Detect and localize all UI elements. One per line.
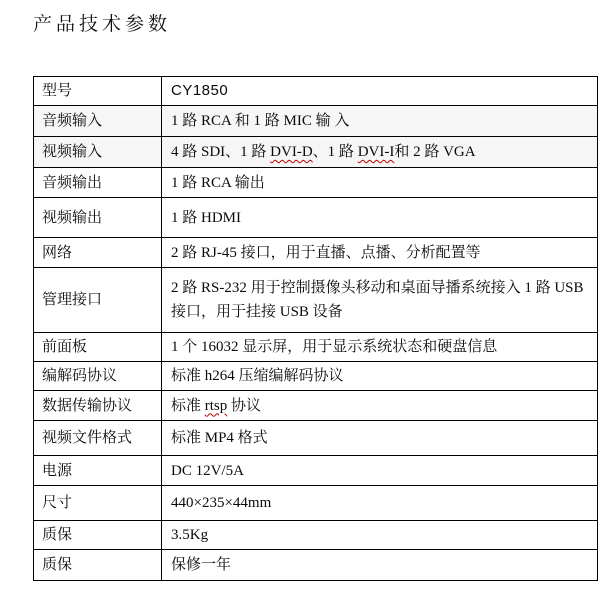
spec-value-cell: 1 路 HDMI <box>162 198 598 238</box>
spec-value-cell: 标准 h264 压缩编解码协议 <box>162 362 598 391</box>
spec-value-text: 和 2 路 VGA <box>394 144 475 160</box>
spec-value-cell: 4 路 SDI、1 路 DVI-D、1 路 DVI-I和 2 路 VGA <box>162 137 598 168</box>
table-row: 管理接口2 路 RS-232 用于控制摄像头移动和桌面导播系统接入 1 路 US… <box>34 268 598 333</box>
spec-value-cell: 3.5Kg <box>162 521 598 550</box>
spec-label-cell: 编解码协议 <box>34 362 162 391</box>
spec-label-cell: 型号 <box>34 77 162 106</box>
table-row: 电源DC 12V/5A <box>34 456 598 486</box>
spec-label-cell: 视频文件格式 <box>34 421 162 456</box>
spec-value-text: 标准 <box>171 398 205 414</box>
spec-value-text: 2 路 RS-232 用于控制摄像头移动和桌面导播系统接入 1 路 USB 接口… <box>171 280 584 320</box>
spec-value-text: 、1 路 <box>313 144 358 160</box>
spec-value-text: 1 个 16032 显示屏，用于显示系统状态和硬盘信息 <box>171 339 497 355</box>
table-row: 视频输出1 路 HDMI <box>34 198 598 238</box>
spec-label-cell: 视频输出 <box>34 198 162 238</box>
table-row: 音频输出1 路 RCA 输出 <box>34 168 598 198</box>
spec-value-cell: 440×235×44mm <box>162 486 598 521</box>
spec-label-cell: 视频输入 <box>34 137 162 168</box>
spec-label-cell: 音频输出 <box>34 168 162 198</box>
spec-value-cell: 1 路 RCA 输出 <box>162 168 598 198</box>
table-row: 型号CY1850 <box>34 77 598 106</box>
table-row: 尺寸440×235×44mm <box>34 486 598 521</box>
table-row: 音频输入1 路 RCA 和 1 路 MIC 输 入 <box>34 106 598 137</box>
spec-value-cell: 标准 MP4 格式 <box>162 421 598 456</box>
spec-value-text: CY1850 <box>171 82 228 99</box>
spec-value-cell: 1 路 RCA 和 1 路 MIC 输 入 <box>162 106 598 137</box>
table-row: 编解码协议标准 h264 压缩编解码协议 <box>34 362 598 391</box>
spec-value-text: 3.5Kg <box>171 527 208 543</box>
spec-value-text: 4 路 SDI、1 路 <box>171 144 270 160</box>
spellcheck-squiggle-text: DVI-I <box>358 144 395 160</box>
spec-value-cell: 2 路 RS-232 用于控制摄像头移动和桌面导播系统接入 1 路 USB 接口… <box>162 268 598 333</box>
table-row: 网络2 路 RJ-45 接口，用于直播、点播、分析配置等 <box>34 238 598 268</box>
spec-label-cell: 数据传输协议 <box>34 391 162 421</box>
spec-label-cell: 质保 <box>34 521 162 550</box>
page-title: 产品技术参数 <box>33 9 611 36</box>
spec-label-cell: 网络 <box>34 238 162 268</box>
spec-label-cell: 电源 <box>34 456 162 486</box>
table-row: 质保3.5Kg <box>34 521 598 550</box>
spec-label-cell: 音频输入 <box>34 106 162 137</box>
spec-value-cell: 标准 rtsp 协议 <box>162 391 598 421</box>
spec-value-cell: 1 个 16032 显示屏，用于显示系统状态和硬盘信息 <box>162 333 598 362</box>
table-row: 视频文件格式标准 MP4 格式 <box>34 421 598 456</box>
spellcheck-squiggle-text: rtsp <box>205 398 228 414</box>
spec-label-cell: 管理接口 <box>34 268 162 333</box>
table-row: 视频输入4 路 SDI、1 路 DVI-D、1 路 DVI-I和 2 路 VGA <box>34 137 598 168</box>
product-spec-table: 型号CY1850音频输入1 路 RCA 和 1 路 MIC 输 入视频输入4 路… <box>33 76 598 581</box>
spec-value-text: 440×235×44mm <box>171 495 271 511</box>
spec-value-text: 1 路 HDMI <box>171 210 241 226</box>
spec-table-body: 型号CY1850音频输入1 路 RCA 和 1 路 MIC 输 入视频输入4 路… <box>34 77 598 581</box>
spec-value-cell: DC 12V/5A <box>162 456 598 486</box>
spec-value-text: 2 路 RJ-45 接口，用于直播、点播、分析配置等 <box>171 245 481 261</box>
spec-model-value-cell: CY1850 <box>162 77 598 106</box>
spec-value-text: 协议 <box>227 398 261 414</box>
table-row: 前面板1 个 16032 显示屏，用于显示系统状态和硬盘信息 <box>34 333 598 362</box>
spec-label-cell: 质保 <box>34 550 162 581</box>
spec-value-cell: 保修一年 <box>162 550 598 581</box>
table-row: 数据传输协议标准 rtsp 协议 <box>34 391 598 421</box>
spec-value-text: 保修一年 <box>171 557 231 573</box>
spec-value-text: 1 路 RCA 输出 <box>171 175 265 191</box>
table-row: 质保保修一年 <box>34 550 598 581</box>
spec-label-cell: 前面板 <box>34 333 162 362</box>
spec-value-text: 标准 MP4 格式 <box>171 430 268 446</box>
spec-value-cell: 2 路 RJ-45 接口，用于直播、点播、分析配置等 <box>162 238 598 268</box>
spec-label-cell: 尺寸 <box>34 486 162 521</box>
spec-value-text: DC 12V/5A <box>171 463 244 479</box>
spec-value-text: 标准 h264 压缩编解码协议 <box>171 368 344 384</box>
spec-value-text: 1 路 RCA 和 1 路 MIC 输 入 <box>171 113 349 129</box>
spellcheck-squiggle-text: DVI-D <box>270 144 313 160</box>
